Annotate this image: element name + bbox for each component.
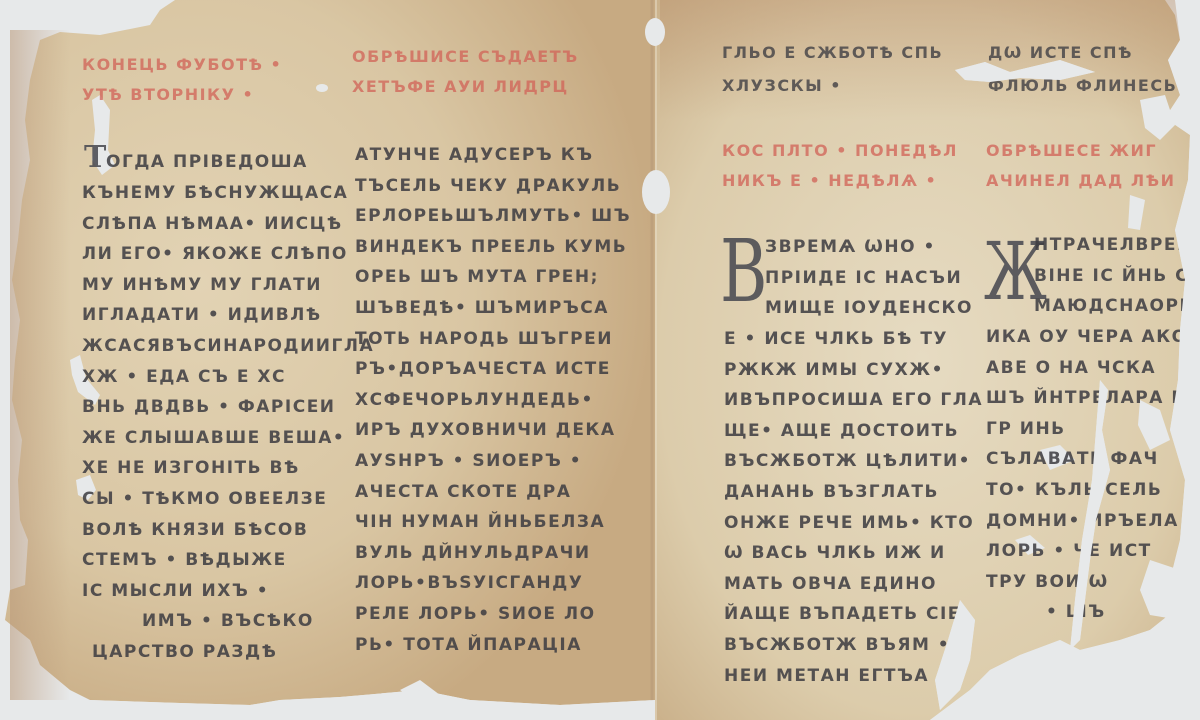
text-line: ШЪВЕДѢ• ШЪМИРЪСА <box>355 293 631 324</box>
text-line: ЖЕ СЛЫШАВШЕ ВЕША• <box>82 423 374 454</box>
text-line: ТОТЬ НАРОДЬ ШЪГРЕИ <box>355 324 631 355</box>
text-line: МУ ИНѢМУ МУ ГЛАТИ <box>82 270 374 301</box>
column-4-text: ИКА ОУ ЧЕРА АКО АВЕ О НА ЧСКА ШЪ ЙНТРЕЛА… <box>986 322 1188 628</box>
text-line: АТУНЧЕ АДУСЕРЪ КЪ <box>355 140 631 171</box>
rubric-line: НИКЪ Е • НЕДѢЛѦ • <box>722 166 958 196</box>
text-line: ОНЖЕ РЕЧЕ ИМЬ• КТО <box>724 508 983 539</box>
column-1-text-body: КЪНЕМУ БѢСНУЖЩАСА СЛѢПА НѢМАА• ИИСЦѢ ЛИ … <box>82 178 374 668</box>
text-line: РЬ• ТОТА ЙПАРАЦІА <box>355 630 631 661</box>
text-line: СЫ • ТѢКМО ОВЕЕЛЗЕ <box>82 484 374 515</box>
text-line: РЪ•ДОРЪАЧЕСТА ИСТЕ <box>355 354 631 385</box>
text-line: ЛОРЬ•ВЪЅУІСГАНДУ <box>355 568 631 599</box>
text-line: ХЕ НЕ ИЗГОНІТЬ ВѢ <box>82 453 374 484</box>
text-line: ВЪСЖБОТЖ ВЪЯМ • <box>724 630 983 661</box>
text-line: ЛОРЬ • ЧЕ ИСТ <box>986 536 1188 567</box>
text-line: ШЪ ЙНТРЕЛАРА П <box>986 383 1188 414</box>
text-line: ЙАЩЕ ВЪПАДЕТЬ СІЕ <box>724 599 983 630</box>
rubric-line: ОБРѢШИСЕ СЪДАЕТЪ <box>352 42 579 72</box>
text-line: РЖКЖ ИМЫ СУХЖ• <box>724 355 983 386</box>
text-line: ВИНДЕКЪ ПРЕЕЛЬ КУМЬ <box>355 232 631 263</box>
header-line: ГЛЬО Е СЖБОТѢ СПЬ <box>722 36 943 69</box>
text-line: ЗВРЕМѦ ѠНО • <box>765 232 973 263</box>
column-3-header: ГЛЬО Е СЖБОТѢ СПЬ ХЛУЗСКЫ • <box>722 36 943 102</box>
text-line: ИКА ОУ ЧЕРА АКО <box>986 322 1188 353</box>
text-line: ИГЛАДАТИ • ИДИВЛѢ <box>82 300 374 331</box>
text-line: ВНЬ ДВДВЬ • ФАРІСЕИ <box>82 392 374 423</box>
text-line: НЕИ МЕТАН ЕГТЪА <box>724 661 983 692</box>
text-line: ЩЕ• АЩЕ ДОСТОИТЬ <box>724 416 983 447</box>
text-line: РЕЛЕ ЛОРЬ• ЅИОЕ ЛО <box>355 599 631 630</box>
text-line: ЧІН НУМАН ЙНЬБЕЛЗА <box>355 507 631 538</box>
text-line: СЛѢПА НѢМАА• ИИСЦѢ <box>82 209 374 240</box>
rubric-line: УТѢ ВТОРНІКУ • <box>82 80 282 110</box>
text-line: • ШЪ <box>986 597 1188 628</box>
rubric-line: ХЕТЪФЕ АУИ ЛИДРЦ <box>352 72 579 102</box>
text-line: ЦАРСТВО РАЗДѢ <box>82 637 374 668</box>
column-3-text: Е • ИСЕ ЧЛКЬ БѢ ТУ РЖКЖ ИМЫ СУХЖ• ИВЪПРО… <box>724 324 983 691</box>
manuscript-photo: КОНЕЦЬ ФУБОТѢ • УТѢ ВТОРНІКУ • Т ОГДА ПР… <box>0 0 1200 720</box>
text-line: АЧЕСТА СКОТЕ ДРА <box>355 477 631 508</box>
text-line: ГР ИНЬ <box>986 414 1188 445</box>
column-1-text: ОГДА ПРІВЕДОША <box>106 147 308 178</box>
decorative-initial-v: В <box>720 222 767 322</box>
rubric-line: КОНЕЦЬ ФУБОТѢ • <box>82 50 282 80</box>
text-line: ИРЪ ДУХОВНИЧИ ДЕКА <box>355 415 631 446</box>
text-line: ВУЛЬ ДЙНУЛЬДРАЧИ <box>355 538 631 569</box>
text-line: Ѡ ВАСЬ ЧЛКЬ ИЖ И <box>724 538 983 569</box>
text-line: ХСФЕЧОРЬЛУНДЕДЬ• <box>355 385 631 416</box>
text-line: МИЩЕ ІОУДЕНСКО <box>765 293 973 324</box>
text-line: Е • ИСЕ ЧЛКЬ БѢ ТУ <box>724 324 983 355</box>
text-line: ІС МЫСЛИ ИХЪ • <box>82 576 374 607</box>
text-line: МАТЬ ОВЧА ЕДИНО <box>724 569 983 600</box>
text-line: ИМЪ • ВЪСѢКО <box>82 606 374 637</box>
text-line: ХЖ • ЕДА СЪ Е ХС <box>82 362 374 393</box>
text-line: ВЪСЖБОТЖ ЦѢЛИТИ• <box>724 446 983 477</box>
text-line: ДАНАНЬ ВЪЗГЛАТЬ <box>724 477 983 508</box>
text-line: ТРУ ВОИ Ѡ <box>986 567 1188 598</box>
column-4-text-indented: НТРАЧЕЛВРЕМ ВІНЕ ІС ЙНЬ С МАЮДСНАОРЬ <box>1034 230 1195 322</box>
decorative-initial: Т <box>84 140 106 175</box>
text-line: ТО• КЪЛЬ СЕЛЬ <box>986 475 1188 506</box>
column-3-rubric: КОС ПЛТО • ПОНЕДѢЛ НИКЪ Е • НЕДѢЛѦ • <box>722 136 958 196</box>
text-line: ЕРЛОРЕЬШЪЛМУТЬ• ШЪ <box>355 201 631 232</box>
rubric-line: ОБРѢШЕСЕ ЖИГ <box>986 136 1175 166</box>
column-4-header: ДѠ ИСТЕ СПѢ ФЛЮЛЬ ФЛИНЕСЬ <box>988 36 1177 102</box>
column-3-text-indented: ЗВРЕМѦ ѠНО • ПРІИДЕ ІС НАСЪИ МИЩЕ ІОУДЕН… <box>765 232 973 324</box>
rubric-line: АЧИНЕЛ ДАД ЛѢИ <box>986 166 1175 196</box>
text-line: ПРІИДЕ ІС НАСЪИ <box>765 263 973 294</box>
text-line: ОГДА ПРІВЕДОША <box>106 147 308 178</box>
column-2-text: АТУНЧЕ АДУСЕРЪ КЪ ТЪСЕЛЬ ЧЕКУ ДРАКУЛЬ ЕР… <box>355 140 631 660</box>
header-line: ДѠ ИСТЕ СПѢ <box>988 36 1177 69</box>
text-line: ДОМНИ• ИРЪЕЛА <box>986 506 1188 537</box>
text-line: КЪНЕМУ БѢСНУЖЩАСА <box>82 178 374 209</box>
text-line: ВОЛѢ КНЯЗИ БѢСОВ <box>82 515 374 546</box>
text-line: МАЮДСНАОРЬ <box>1034 291 1195 322</box>
rubric-line: КОС ПЛТО • ПОНЕДѢЛ <box>722 136 958 166</box>
text-line: ОРЕЬ ШЪ МУТА ГРЕН; <box>355 262 631 293</box>
text-line: ЛИ ЕГО• ЯКОЖЕ СЛѢПО <box>82 239 374 270</box>
text-line: ИВЪПРОСИША ЕГО ГЛА <box>724 385 983 416</box>
header-line: ХЛУЗСКЫ • <box>722 69 943 102</box>
text-line: ТЪСЕЛЬ ЧЕКУ ДРАКУЛЬ <box>355 171 631 202</box>
text-line: НТРАЧЕЛВРЕМ <box>1034 230 1195 261</box>
text-line: ЖСАСЯВЪСИНАРОДИИГЛА <box>82 331 374 362</box>
text-line: ВІНЕ ІС ЙНЬ С <box>1034 261 1195 292</box>
column-1-rubric: КОНЕЦЬ ФУБОТѢ • УТѢ ВТОРНІКУ • <box>82 50 282 110</box>
text-line: АВЕ О НА ЧСКА <box>986 353 1188 384</box>
text-line: АУЅНРЪ • ЅИОЕРЪ • <box>355 446 631 477</box>
text-line: СЪЛАВАТЕ ФАЧ <box>986 444 1188 475</box>
header-line: ФЛЮЛЬ ФЛИНЕСЬ <box>988 69 1177 102</box>
column-2-rubric: ОБРѢШИСЕ СЪДАЕТЪ ХЕТЪФЕ АУИ ЛИДРЦ <box>352 42 579 102</box>
text-line: СТЕМЪ • ВѢДЫЖЕ <box>82 545 374 576</box>
column-4-rubric: ОБРѢШЕСЕ ЖИГ АЧИНЕЛ ДАД ЛѢИ <box>986 136 1175 196</box>
